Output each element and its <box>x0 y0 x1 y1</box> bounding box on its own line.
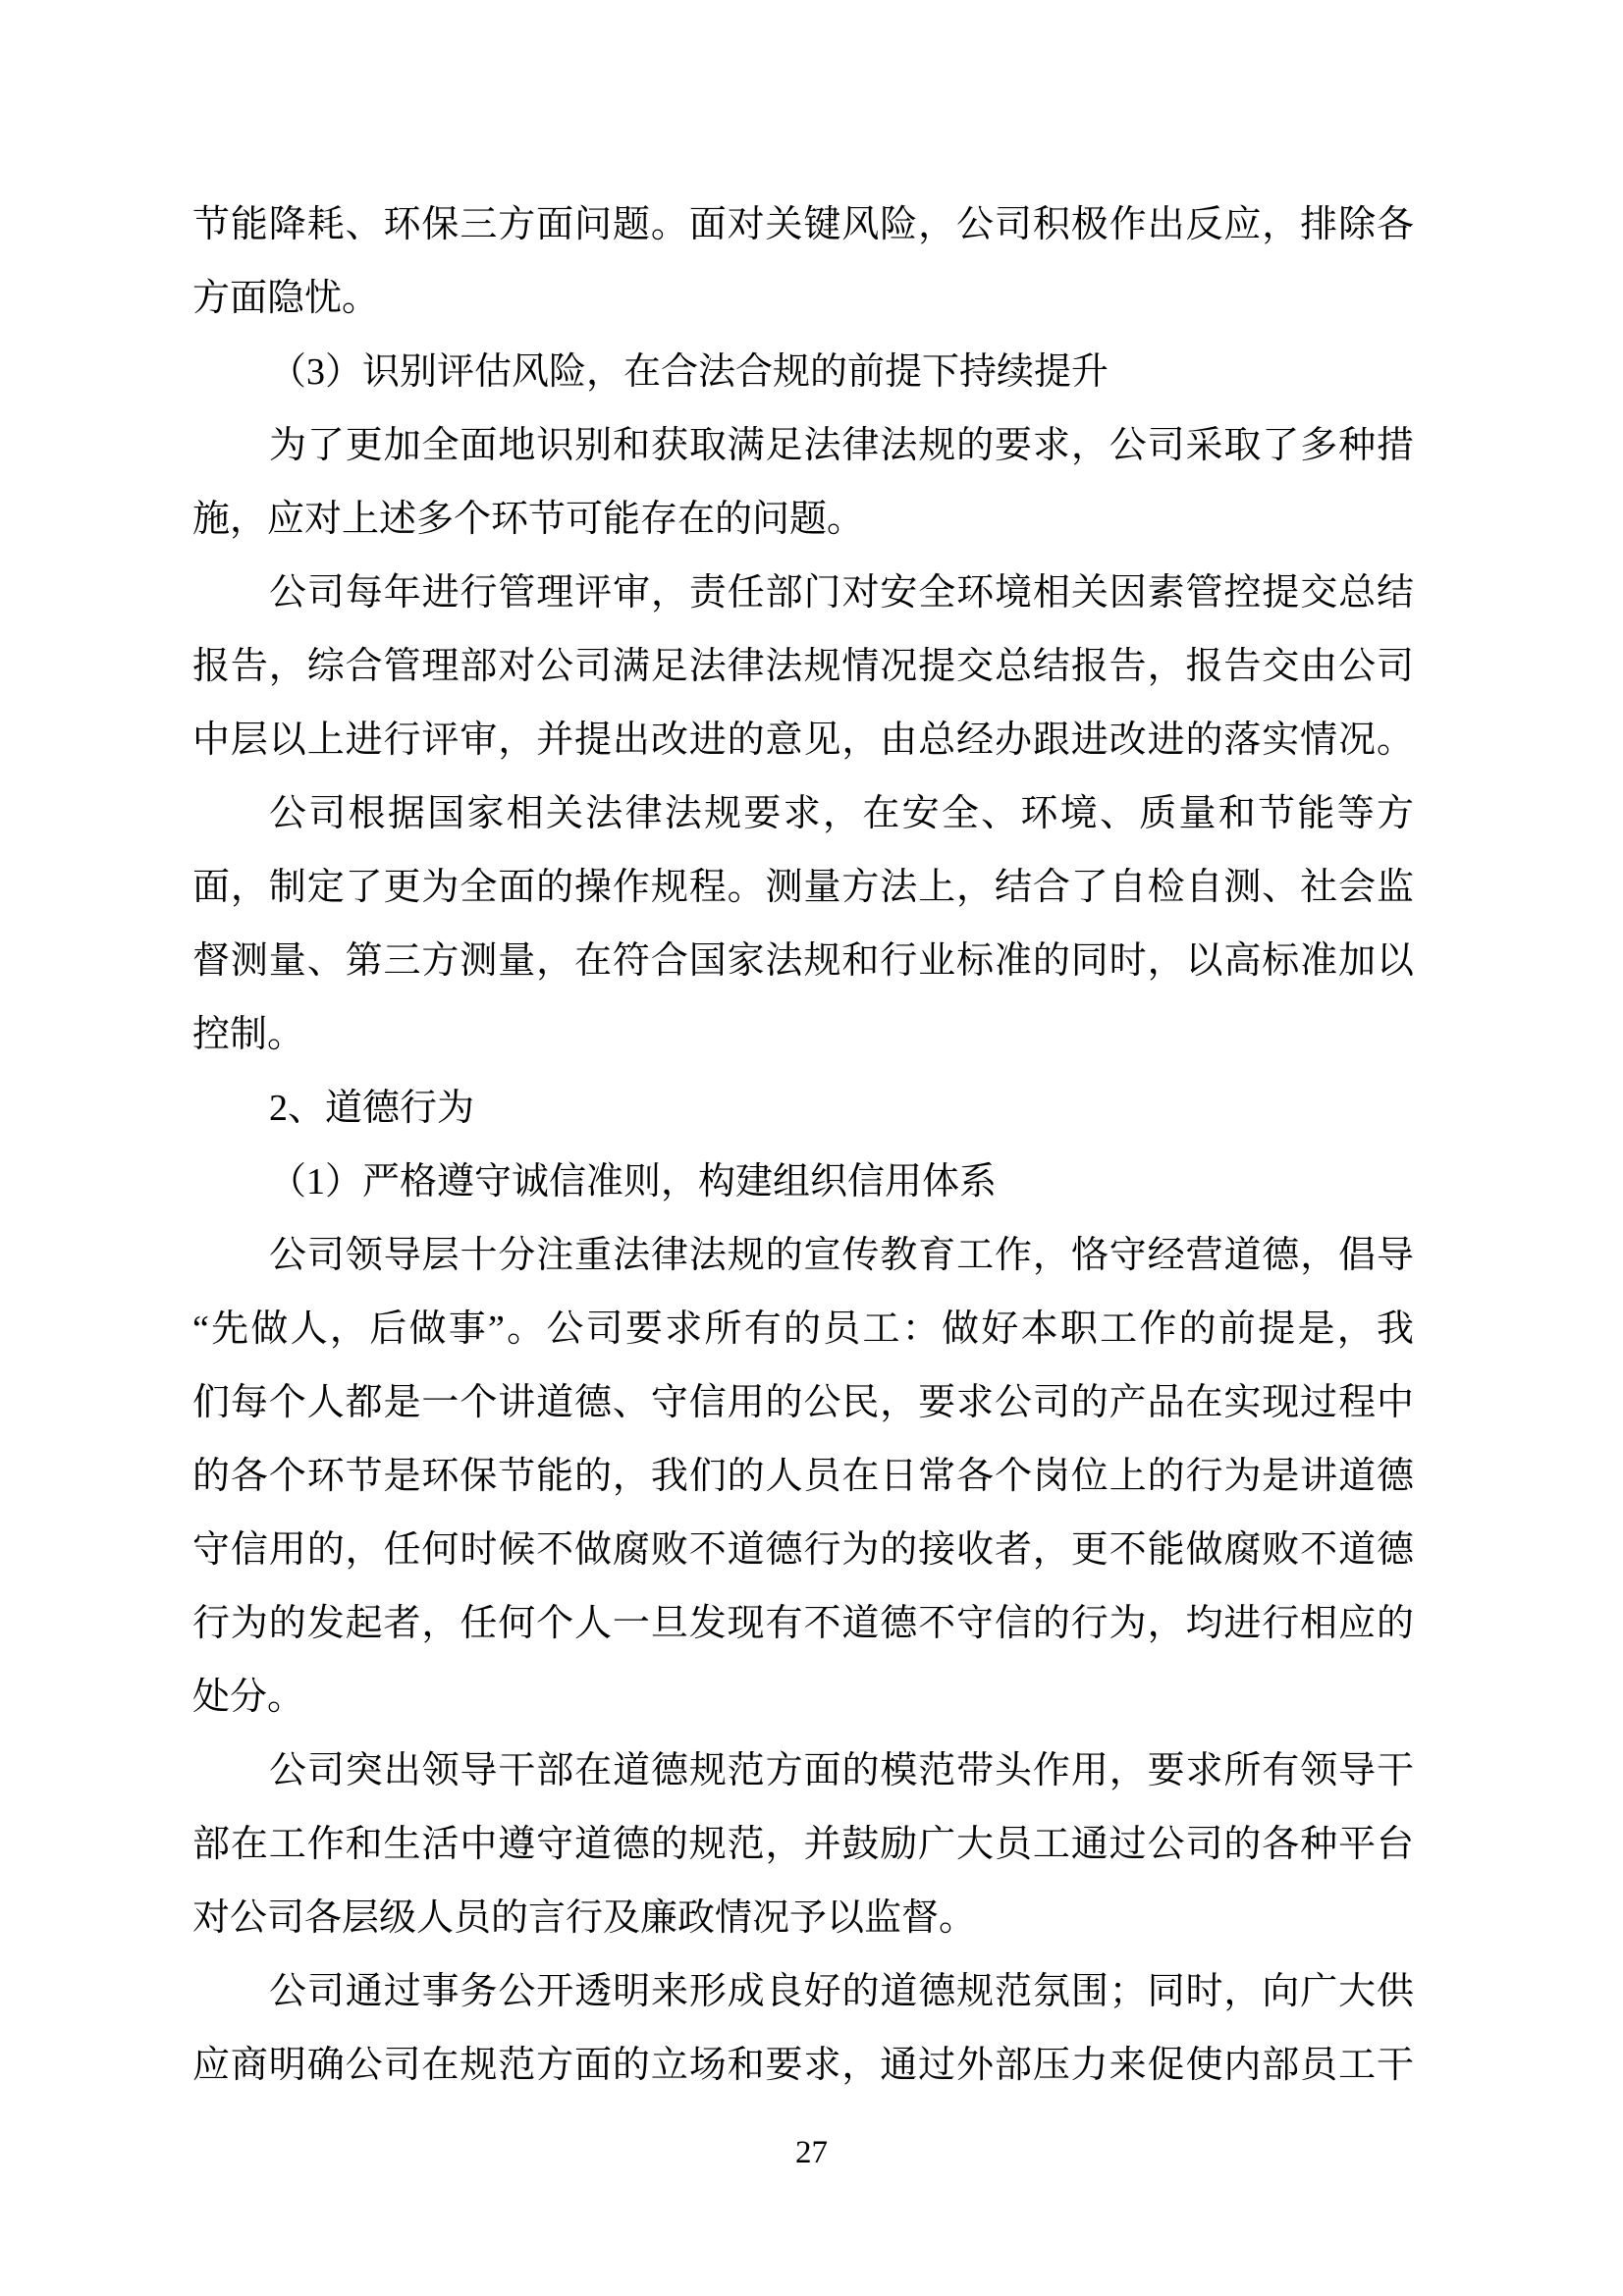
text-line: （3）识别评估风险，在合法合规的前提下持续提升 <box>192 336 1414 409</box>
text-line: 守信用的，任何时候不做腐败不道德行为的接收者，更不能做腐败不道德 <box>192 1514 1414 1587</box>
text-line: 应商明确公司在规范方面的立场和要求，通过外部压力来促使内部员工干 <box>192 2029 1414 2103</box>
text-line: 的各个环节是环保节能的，我们的人员在日常各个岗位上的行为是讲道德 <box>192 1440 1414 1514</box>
text-line: 部在工作和生活中遵守道德的规范，并鼓励广大员工通过公司的各种平台 <box>192 1808 1414 1882</box>
text-line: “先做人，后做事”。公司要求所有的员工：做好本职工作的前提是，我 <box>192 1293 1414 1366</box>
text-line: 公司根据国家相关法律法规要求，在安全、环境、质量和节能等方 <box>192 777 1414 851</box>
text-line: 公司领导层十分注重法律法规的宣传教育工作，恪守经营道德，倡导 <box>192 1219 1414 1293</box>
text-line: 为了更加全面地识别和获取满足法律法规的要求，公司采取了多种措 <box>192 409 1414 483</box>
text-line: 行为的发起者，任何个人一旦发现有不道德不守信的行为，均进行相应的 <box>192 1587 1414 1661</box>
text-line: （1）严格遵守诚信准则，构建组织信用体系 <box>192 1146 1414 1219</box>
document-page: 节能降耗、环保三方面问题。面对关键风险，公司积极作出反应，排除各方面隐忧。（3）… <box>0 0 1623 2296</box>
text-line: 对公司各层级人员的言行及廉政情况予以监督。 <box>192 1882 1414 1955</box>
text-line: 2、道德行为 <box>192 1072 1414 1146</box>
text-line: 处分。 <box>192 1661 1414 1735</box>
text-line: 控制。 <box>192 998 1414 1072</box>
text-line: 施，应对上述多个环节可能存在的问题。 <box>192 483 1414 557</box>
text-line: 们每个人都是一个讲道德、守信用的公民，要求公司的产品在实现过程中 <box>192 1366 1414 1440</box>
text-line: 督测量、第三方测量，在符合国家法规和行业标准的同时，以高标准加以 <box>192 925 1414 998</box>
text-line: 公司突出领导干部在道德规范方面的模范带头作用，要求所有领导干 <box>192 1735 1414 1808</box>
text-line: 中层以上进行评审，并提出改进的意见，由总经办跟进改进的落实情况。 <box>192 704 1414 777</box>
text-line: 公司每年进行管理评审，责任部门对安全环境相关因素管控提交总结 <box>192 557 1414 630</box>
text-line: 面，制定了更为全面的操作规程。测量方法上，结合了自检自测、社会监 <box>192 851 1414 925</box>
text-line: 公司通过事务公开透明来形成良好的道德规范氛围；同时，向广大供 <box>192 1955 1414 2029</box>
text-block: 节能降耗、环保三方面问题。面对关键风险，公司积极作出反应，排除各方面隐忧。（3）… <box>192 188 1414 2103</box>
text-line: 报告，综合管理部对公司满足法律法规情况提交总结报告，报告交由公司 <box>192 630 1414 704</box>
text-line: 方面隐忧。 <box>192 262 1414 336</box>
text-line: 节能降耗、环保三方面问题。面对关键风险，公司积极作出反应，排除各 <box>192 188 1414 262</box>
page-number: 27 <box>0 2128 1623 2177</box>
